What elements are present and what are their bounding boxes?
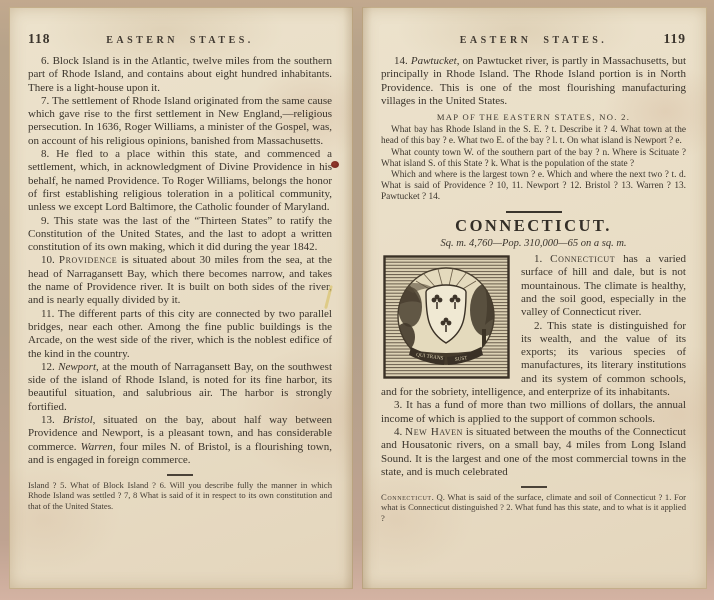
running-head-title: EASTERN STATES.	[421, 35, 646, 46]
paragraph-7: 7. The settlement of Rhode Island origin…	[28, 95, 332, 148]
page-119-body: 14. Pawtucket, on Pawtucket river, is pa…	[381, 55, 686, 108]
page-number-118: 118	[28, 31, 68, 47]
connecticut-body: QUI TRANS SUST 1. Connecticut has a vari…	[381, 253, 686, 479]
connecticut-state-arms-engraving: QUI TRANS SUST	[383, 255, 510, 379]
paragraph-14: 14. Pawtucket, on Pawtucket river, is pa…	[381, 55, 686, 108]
page-118: 118 EASTERN STATES. 6. Block Island is i…	[9, 7, 353, 589]
connecticut-paragraph-4: 4. New Haven is situated between the mou…	[381, 426, 686, 479]
page-edge-shadow	[362, 7, 372, 589]
footnote-right: Connecticut. Q. What is said of the surf…	[381, 492, 686, 524]
map-section-heading: MAP OF THE EASTERN STATES, NO. 2.	[381, 112, 686, 122]
question-paragraph: What bay has Rhode Island in the S. E. ?…	[381, 125, 686, 147]
page-edge-shadow	[343, 7, 353, 589]
connecticut-seal-illustration: QUI TRANS SUST	[383, 255, 510, 379]
page-number-119: 119	[646, 31, 686, 47]
connecticut-paragraph-3: 3. It has a fund of more than two millio…	[381, 399, 686, 426]
footnote-left: Island ? 5. What of Block Island ? 6. Wi…	[28, 480, 332, 512]
footnote-rule-left	[167, 474, 193, 476]
page-119: EASTERN STATES. 119 14. Pawtucket, on Pa…	[362, 7, 707, 589]
paragraph-10: 10. Providence is situated about 30 mile…	[28, 254, 332, 307]
connecticut-heading: CONNECTICUT.	[381, 216, 686, 236]
paragraph-8: 8. He fled to a place within this state,…	[28, 148, 332, 214]
ink-blot	[331, 161, 339, 168]
running-head-title: EASTERN STATES.	[68, 35, 292, 46]
section-rule	[506, 211, 562, 214]
running-head-left: 118 EASTERN STATES.	[28, 31, 332, 47]
book-scan: 118 EASTERN STATES. 6. Block Island is i…	[0, 0, 714, 600]
map-questions: What bay has Rhode Island in the S. E. ?…	[381, 125, 686, 203]
page-118-body: 6. Block Island is in the Atlantic, twel…	[28, 55, 332, 467]
paragraph-13: 13. Bristol, situated on the bay, about …	[28, 414, 332, 467]
question-paragraph: Which and where is the largest town ? e.…	[381, 170, 686, 204]
paragraph-11: 11. The different parts of this city are…	[28, 308, 332, 361]
running-head-right: EASTERN STATES. 119	[381, 31, 686, 47]
paragraph-6: 6. Block Island is in the Atlantic, twel…	[28, 55, 332, 95]
connecticut-stats: Sq. m. 4,760—Pop. 310,000—65 on a sq. m.	[381, 238, 686, 249]
question-paragraph: What county town W. of the southern part…	[381, 148, 686, 170]
footnote-rule-right	[521, 486, 547, 488]
paragraph-12: 12. Newport, at the mouth of Narraganset…	[28, 361, 332, 414]
paragraph-9: 9. This state was the last of the “Thirt…	[28, 215, 332, 255]
